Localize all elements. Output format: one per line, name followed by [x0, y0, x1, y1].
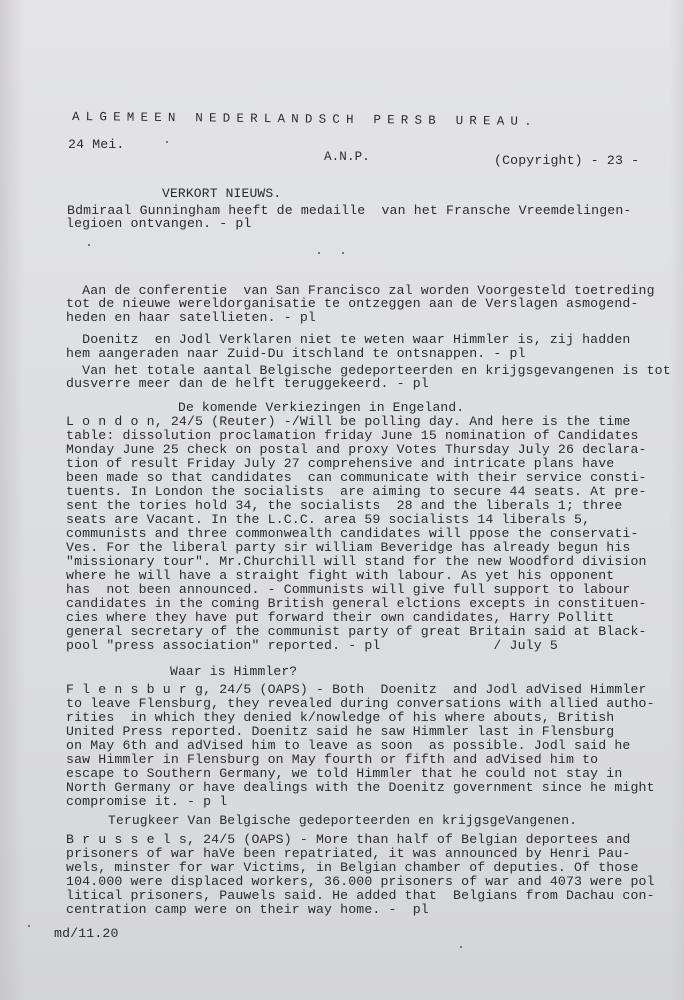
- article-line: "missionary tour". Mr.Churchill will sta…: [66, 554, 647, 569]
- speck: [166, 141, 168, 143]
- article-line: been made so that candidates can communi…: [66, 470, 647, 485]
- speck: [88, 244, 90, 246]
- page-edge-shadow-left: [0, 0, 24, 1000]
- article-line: escape to Southern Germany, we told Himm…: [66, 766, 622, 781]
- item-line: tot de nieuwe wereldorganisatie te ontze…: [66, 296, 639, 311]
- article-line: tuents. In London the socialists are aim…: [66, 484, 647, 499]
- article-line: pool "press association" reported. - pl …: [66, 638, 558, 653]
- article-line: F l e n s b u r g, 24/5 (OAPS) - Both Do…: [66, 682, 647, 697]
- article-line: has not been announced. - Communists wil…: [66, 582, 630, 597]
- article-line: general secretary of the communist party…: [66, 624, 647, 639]
- article-line: on May 6th and adVised him to leave as s…: [66, 738, 630, 753]
- article-heading: De komende Verkiezingen in Engeland.: [178, 400, 464, 415]
- article-line: North Germany or have dealings with the …: [66, 780, 655, 795]
- item-line: dusverre meer dan de helft teruggekeerd.…: [66, 376, 429, 391]
- article-line: rities in which they denied k/nowledge o…: [66, 710, 614, 725]
- article-line: Ves. For the liberal party sir william B…: [66, 540, 630, 555]
- article-line: saw Himmler in Flensburg on May fourth o…: [66, 752, 598, 767]
- masthead: ALGEMEEN NEDERLANDSCH PERSB UREAU.: [72, 110, 538, 130]
- footer-reference: md/11.20: [54, 926, 119, 941]
- article-line: seats are Vacant. In the L.C.C. area 59 …: [66, 512, 590, 527]
- article-line: L o n d o n, 24/5 (Reuter) -/Will be pol…: [66, 414, 630, 429]
- article-line: candidates in the coming British general…: [66, 596, 647, 611]
- article-line: tion of result Friday July 27 comprehens…: [66, 456, 614, 471]
- item-line: legioen ontvangen. - pl: [66, 216, 251, 231]
- article-line: prisoners of war haVe been repatriated, …: [66, 846, 630, 861]
- item-line: Doenitz en Jodl Verklaren niet te weten …: [66, 332, 630, 347]
- article-line: B r u s s e l s, 24/5 (OAPS) - More than…: [66, 832, 630, 847]
- copyright-page-number: (Copyright) - 23 -: [494, 153, 639, 168]
- speck: [460, 946, 462, 948]
- speck: [318, 252, 320, 254]
- page-edge-shadow-right: [670, 0, 684, 1000]
- date: 24 Mei.: [68, 137, 124, 152]
- article-line: cies where they have put forward their o…: [66, 610, 614, 625]
- section-title: VERKORT NIEUWS.: [162, 186, 281, 201]
- article-line: 104.000 were displaced workers, 36.000 p…: [66, 874, 655, 889]
- article-line: United Press reported. Doenitz said he s…: [66, 724, 614, 739]
- article-line: communists and three commonwealth candid…: [66, 526, 639, 541]
- speck: [342, 252, 344, 254]
- item-line: hem aangeraden naar Zuid-Du itschland te…: [66, 346, 526, 361]
- article-line: centration camp were on their way home. …: [66, 902, 429, 917]
- item-line: heden en haar satellieten. - pl: [66, 310, 316, 325]
- article-line: Monday June 25 check on postal and proxy…: [66, 442, 647, 457]
- article-heading: Terugkeer Van Belgische gedeporteerden e…: [108, 813, 577, 828]
- article-line: compromise it. - p l: [66, 794, 227, 809]
- article-line: wels, minster for war Victims, in Belgia…: [66, 860, 639, 875]
- article-line: to leave Flensburg, they revealed during…: [66, 696, 655, 711]
- article-line: sent the tories hold 34, the socialists …: [66, 498, 622, 513]
- article-line: table: dissolution proclamation friday J…: [66, 428, 639, 443]
- article-line: litical prisoners, Pauwels said. He adde…: [66, 888, 655, 903]
- article-line: where he will have a straight fight with…: [66, 568, 614, 583]
- speck: [28, 925, 30, 927]
- agency: A.N.P.: [324, 150, 370, 165]
- article-heading: Waar is Himmler?: [170, 664, 297, 679]
